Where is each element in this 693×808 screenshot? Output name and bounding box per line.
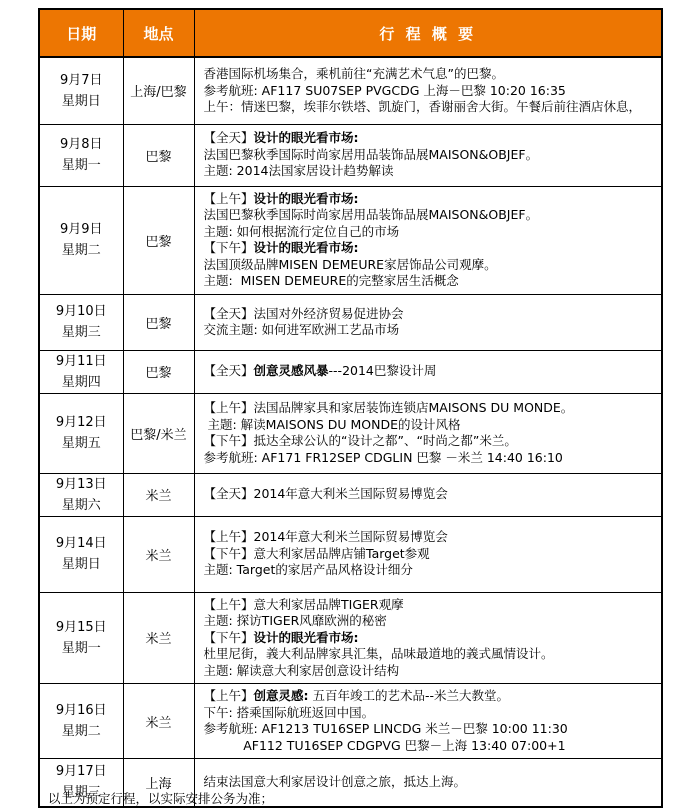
text-segment: 设计的眼光看市场: (254, 240, 359, 255)
date-line: 9月13日 (40, 474, 123, 495)
text-segment: 创意灵感: (254, 688, 309, 703)
date-line: 9月15日 (40, 617, 123, 638)
weekday-line: 星期六 (40, 495, 123, 516)
itinerary-table: 日期 地点 行 程 概 要 9月7日星期日上海/巴黎香港国际机场集合，乘机前往“… (38, 8, 663, 808)
summary-line: 【上午】创意灵感: 五百年竣工的艺术品--米兰大教堂。 (204, 688, 656, 705)
header-date: 日期 (39, 9, 123, 57)
summary-cell: 【上午】创意灵感: 五百年竣工的艺术品--米兰大教堂。下午: 搭乘国际航班返回中… (194, 684, 662, 759)
date-cell: 9月16日星期二 (39, 684, 123, 759)
weekday-line: 星期二 (40, 240, 123, 261)
text-segment: 参考航班: AF171 FR12SEP CDGLIN 巴黎 －米兰 14:40 … (204, 450, 563, 465)
text-segment: 法国顶级品牌MISEN DEMEURE家居饰品公司观摩。 (204, 257, 497, 272)
itinerary-body: 9月7日星期日上海/巴黎香港国际机场集合，乘机前往“充满艺术气息”的巴黎。参考航… (39, 57, 662, 807)
text-segment: 参考航班: AF1213 TU16SEP LINCDG 米兰－巴黎 10:00 … (204, 721, 568, 736)
table-header: 日期 地点 行 程 概 要 (39, 9, 662, 57)
text-segment: 【上午】 (204, 191, 254, 206)
text-segment: 交流主题: 如何进军欧洲工艺品市场 (204, 322, 400, 337)
text-segment: 法国巴黎秋季国际时尚家居用品装饰品展MAISON&OBJEF。 (204, 207, 539, 222)
text-segment: 主题: 解读MAISONS DU MONDE的设计风格 (204, 417, 461, 432)
table-row: 9月11日星期四巴黎【全天】创意灵感风暴---2014巴黎设计周 (39, 350, 662, 393)
header-summary: 行 程 概 要 (194, 9, 662, 57)
text-segment: 参考航班: AF117 SU07SEP PVGCDG 上海－巴黎 10:20 1… (204, 83, 566, 98)
summary-cell: 【上午】法国品牌家具和家居装饰连锁店MAISONS DU MONDE。 主题: … (194, 393, 662, 473)
summary-line: 主题: 解读MAISONS DU MONDE的设计风格 (204, 417, 656, 434)
summary-line: 【下午】设计的眼光看市场: (204, 240, 656, 257)
weekday-line: 星期四 (40, 372, 123, 393)
location-cell: 巴黎/米兰 (123, 393, 194, 473)
location-cell: 米兰 (123, 684, 194, 759)
summary-cell: 【上午】意大利家居品牌TIGER观摩主题: 探访TIGER风靡欧洲的秘密【下午】… (194, 592, 662, 684)
summary-cell: 【全天】创意灵感风暴---2014巴黎设计周 (194, 350, 662, 393)
table-row: 9月15日星期一米兰【上午】意大利家居品牌TIGER观摩主题: 探访TIGER风… (39, 592, 662, 684)
text-segment: 【上午】 (204, 688, 254, 703)
location-cell: 巴黎 (123, 124, 194, 186)
weekday-line: 星期日 (40, 554, 123, 575)
date-cell: 9月7日星期日 (39, 57, 123, 124)
text-segment: 【下午】 (204, 240, 254, 255)
text-segment: 【全天】 (204, 130, 254, 145)
summary-line: 【下午】意大利家居品牌店铺Target参观 (204, 546, 656, 563)
date-line: 9月7日 (40, 70, 123, 91)
location-cell: 巴黎 (123, 350, 194, 393)
location-cell: 米兰 (123, 516, 194, 592)
summary-line: 下午: 搭乘国际航班返回中国。 (204, 705, 656, 722)
text-segment: 【上午】2014年意大利米兰国际贸易博览会 (204, 529, 448, 544)
summary-line: 【全天】法国对外经济贸易促进协会 (204, 306, 656, 323)
weekday-line: 星期一 (40, 155, 123, 176)
date-line: 9月8日 (40, 134, 123, 155)
text-segment: ---2014巴黎设计周 (329, 363, 437, 378)
location-cell: 米兰 (123, 592, 194, 684)
summary-line: 参考航班: AF171 FR12SEP CDGLIN 巴黎 －米兰 14:40 … (204, 450, 656, 467)
summary-line: AF112 TU16SEP CDGPVG 巴黎－上海 13:40 07:00+1 (204, 738, 656, 755)
summary-cell: 香港国际机场集合，乘机前往“充满艺术气息”的巴黎。参考航班: AF117 SU0… (194, 57, 662, 124)
summary-line: 上午：情迷巴黎，埃菲尔铁塔、凯旋门，香谢丽舍大街。午餐后前往酒店休息， (204, 99, 656, 116)
summary-line: 参考航班: AF1213 TU16SEP LINCDG 米兰－巴黎 10:00 … (204, 721, 656, 738)
text-segment: 创意灵感风暴 (254, 363, 329, 378)
date-cell: 9月13日星期六 (39, 473, 123, 516)
text-segment: 主题: 解读意大利家居创意设计结构 (204, 663, 400, 678)
date-cell: 9月12日星期五 (39, 393, 123, 473)
summary-line: 主题: 探访TIGER风靡欧洲的秘密 (204, 613, 656, 630)
date-cell: 9月10日星期三 (39, 294, 123, 350)
summary-line: 主题: 2014法国家居设计趋势解读 (204, 163, 656, 180)
summary-cell: 【上午】设计的眼光看市场:法国巴黎秋季国际时尚家居用品装饰品展MAISON&OB… (194, 186, 662, 294)
summary-line: 【上午】法国品牌家具和家居装饰连锁店MAISONS DU MONDE。 (204, 400, 656, 417)
summary-line: 【上午】意大利家居品牌TIGER观摩 (204, 597, 656, 614)
summary-line: 主题: 如何根据流行定位自己的市场 (204, 224, 656, 241)
weekday-line: 星期三 (40, 322, 123, 343)
date-cell: 9月8日星期一 (39, 124, 123, 186)
text-segment: 【全天】2014年意大利米兰国际贸易博览会 (204, 486, 448, 501)
text-segment: 【下午】 (204, 630, 254, 645)
date-line: 9月17日 (40, 761, 123, 782)
text-segment: 法国巴黎秋季国际时尚家居用品装饰品展MAISON&OBJEF。 (204, 147, 539, 162)
summary-line: 【上午】2014年意大利米兰国际贸易博览会 (204, 529, 656, 546)
table-row: 9月12日星期五巴黎/米兰【上午】法国品牌家具和家居装饰连锁店MAISONS D… (39, 393, 662, 473)
weekday-line: 星期日 (40, 91, 123, 112)
text-segment: 下午: 搭乘国际航班返回中国。 (204, 705, 375, 720)
text-segment: 【上午】法国品牌家具和家居装饰连锁店MAISONS DU MONDE。 (204, 400, 574, 415)
text-segment: 主题: Target的家居产品风格设计细分 (204, 562, 413, 577)
location-cell: 巴黎 (123, 294, 194, 350)
text-segment: 杜里尼街，義大利品牌家具汇集，品味最道地的義式風情设计。 (204, 646, 554, 661)
location-cell: 米兰 (123, 473, 194, 516)
text-segment: 设计的眼光看市场: (254, 191, 359, 206)
date-cell: 9月11日星期四 (39, 350, 123, 393)
text-segment: 主题: 2014法国家居设计趋势解读 (204, 163, 394, 178)
text-segment: 上午：情迷巴黎，埃菲尔铁塔、凯旋门，香谢丽舍大街。午餐后前往酒店休息， (204, 99, 642, 114)
table-row: 9月16日星期二米兰【上午】创意灵感: 五百年竣工的艺术品--米兰大教堂。下午:… (39, 684, 662, 759)
summary-line: 主题: MISEN DEMEURE的完整家居生活概念 (204, 273, 656, 290)
text-segment: 设计的眼光看市场: (254, 630, 359, 645)
text-segment: 【上午】意大利家居品牌TIGER观摩 (204, 597, 404, 612)
summary-line: 参考航班: AF117 SU07SEP PVGCDG 上海－巴黎 10:20 1… (204, 83, 656, 100)
table-row: 9月7日星期日上海/巴黎香港国际机场集合，乘机前往“充满艺术气息”的巴黎。参考航… (39, 57, 662, 124)
date-cell: 9月14日星期日 (39, 516, 123, 592)
date-line: 9月14日 (40, 533, 123, 554)
date-line: 9月11日 (40, 351, 123, 372)
summary-line: 香港国际机场集合，乘机前往“充满艺术气息”的巴黎。 (204, 66, 656, 83)
summary-line: 【上午】设计的眼光看市场: (204, 191, 656, 208)
summary-line: 主题: Target的家居产品风格设计细分 (204, 562, 656, 579)
location-cell: 巴黎 (123, 186, 194, 294)
text-segment: 主题: MISEN DEMEURE的完整家居生活概念 (204, 273, 459, 288)
text-segment: 主题: 如何根据流行定位自己的市场 (204, 224, 400, 239)
weekday-line: 星期二 (40, 721, 123, 742)
summary-line: 主题: 解读意大利家居创意设计结构 (204, 663, 656, 680)
text-segment: 香港国际机场集合，乘机前往“充满艺术气息”的巴黎。 (204, 66, 504, 81)
date-line: 9月12日 (40, 412, 123, 433)
summary-line: 【全天】2014年意大利米兰国际贸易博览会 (204, 486, 656, 503)
summary-line: 杜里尼街，義大利品牌家具汇集，品味最道地的義式風情设计。 (204, 646, 656, 663)
weekday-line: 星期一 (40, 638, 123, 659)
text-segment: 主题: 探访TIGER风靡欧洲的秘密 (204, 613, 387, 628)
summary-cell: 【上午】2014年意大利米兰国际贸易博览会【下午】意大利家居品牌店铺Target… (194, 516, 662, 592)
table-row: 9月9日星期二巴黎【上午】设计的眼光看市场:法国巴黎秋季国际时尚家居用品装饰品展… (39, 186, 662, 294)
summary-line: 法国顶级品牌MISEN DEMEURE家居饰品公司观摩。 (204, 257, 656, 274)
date-line: 9月10日 (40, 301, 123, 322)
summary-line: 【全天】设计的眼光看市场: (204, 130, 656, 147)
text-segment: 【下午】抵达全球公认的“设计之都”、“时尚之都”米兰。 (204, 433, 517, 448)
text-segment: 结束法国意大利家居设计创意之旅，抵达上海。 (204, 774, 467, 789)
summary-line: 法国巴黎秋季国际时尚家居用品装饰品展MAISON&OBJEF。 (204, 147, 656, 164)
footer-note: 以上为预定行程，以实际安排公务为准； (48, 789, 273, 807)
table-row: 9月13日星期六米兰【全天】2014年意大利米兰国际贸易博览会 (39, 473, 662, 516)
date-line: 9月9日 (40, 219, 123, 240)
text-segment: 设计的眼光看市场: (254, 130, 359, 145)
header-location: 地点 (123, 9, 194, 57)
summary-line: 【全天】创意灵感风暴---2014巴黎设计周 (204, 363, 656, 380)
table-row: 9月14日星期日米兰【上午】2014年意大利米兰国际贸易博览会【下午】意大利家居… (39, 516, 662, 592)
date-cell: 9月15日星期一 (39, 592, 123, 684)
text-segment: 五百年竣工的艺术品--米兰大教堂。 (309, 688, 510, 703)
text-segment: 【下午】意大利家居品牌店铺Target参观 (204, 546, 430, 561)
location-cell: 上海/巴黎 (123, 57, 194, 124)
summary-line: 【下午】抵达全球公认的“设计之都”、“时尚之都”米兰。 (204, 433, 656, 450)
text-segment: AF112 TU16SEP CDGPVG 巴黎－上海 13:40 07:00+1 (204, 738, 566, 753)
text-segment: 【全天】法国对外经济贸易促进协会 (204, 306, 404, 321)
table-row: 9月10日星期三巴黎【全天】法国对外经济贸易促进协会交流主题: 如何进军欧洲工艺… (39, 294, 662, 350)
date-cell: 9月9日星期二 (39, 186, 123, 294)
date-line: 9月16日 (40, 700, 123, 721)
summary-line: 【下午】设计的眼光看市场: (204, 630, 656, 647)
table-row: 9月8日星期一巴黎【全天】设计的眼光看市场:法国巴黎秋季国际时尚家居用品装饰品展… (39, 124, 662, 186)
text-segment: 【全天】 (204, 363, 254, 378)
summary-line: 交流主题: 如何进军欧洲工艺品市场 (204, 322, 656, 339)
summary-line: 法国巴黎秋季国际时尚家居用品装饰品展MAISON&OBJEF。 (204, 207, 656, 224)
summary-cell: 【全天】设计的眼光看市场:法国巴黎秋季国际时尚家居用品装饰品展MAISON&OB… (194, 124, 662, 186)
summary-cell: 【全天】2014年意大利米兰国际贸易博览会 (194, 473, 662, 516)
weekday-line: 星期五 (40, 433, 123, 454)
summary-cell: 【全天】法国对外经济贸易促进协会交流主题: 如何进军欧洲工艺品市场 (194, 294, 662, 350)
